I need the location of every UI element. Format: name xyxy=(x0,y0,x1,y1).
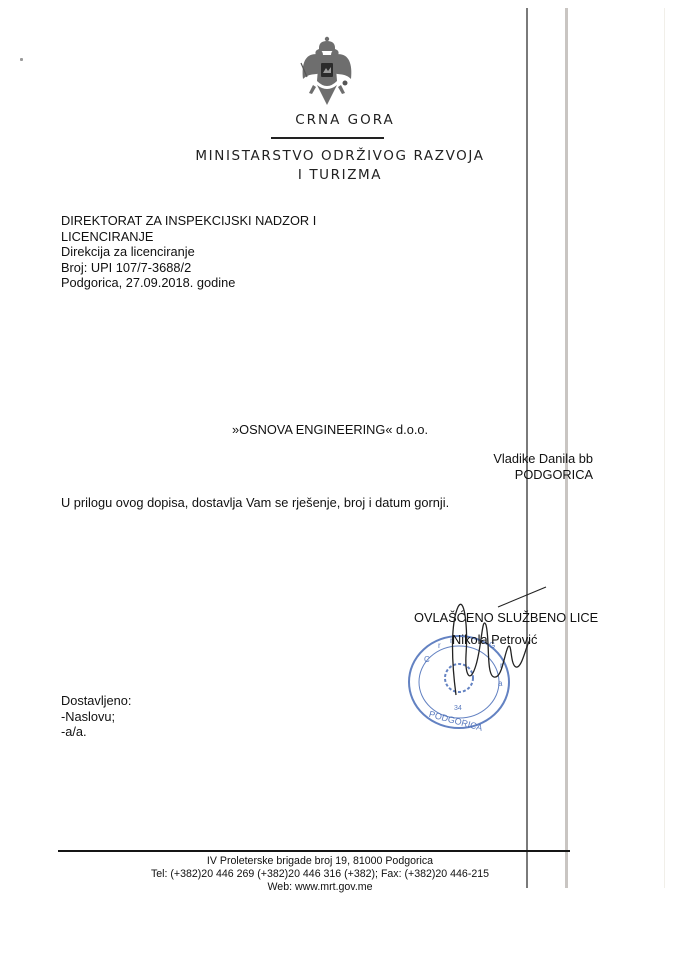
handwritten-signature-icon xyxy=(438,585,548,700)
recipient-address: Vladike Danila bb PODGORICA xyxy=(493,451,593,482)
ministry-line-1: MINISTARSTVO ODRŽIVOG RAZVOJA xyxy=(150,147,530,166)
ministry-name: MINISTARSTVO ODRŽIVOG RAZVOJA I TURIZMA xyxy=(150,147,530,185)
reference-number: Broj: UPI 107/7-3688/2 xyxy=(61,260,316,276)
svg-text:C: C xyxy=(424,655,430,664)
footer-address: IV Proleterske brigade broj 19, 81000 Po… xyxy=(80,855,560,868)
country-name: CRNA GORA xyxy=(180,112,510,128)
recipient-name: »OSNOVA ENGINEERING« d.o.o. xyxy=(232,422,428,437)
footer-divider xyxy=(58,850,570,852)
sender-department: Direkcija za licenciranje xyxy=(61,244,316,260)
footer-web: Web: www.mrt.gov.me xyxy=(80,881,560,894)
place-and-date: Podgorica, 27.09.2018. godine xyxy=(61,275,316,291)
recipient-street: Vladike Danila bb xyxy=(493,451,593,467)
sender-directorate: DIREKTORAT ZA INSPEKCIJSKI NADZOR I xyxy=(61,213,316,229)
recipient-city: PODGORICA xyxy=(493,467,593,483)
distribution-item: -a/a. xyxy=(61,724,131,740)
scan-line xyxy=(664,8,665,888)
ministry-line-2: I TURIZMA xyxy=(150,166,530,185)
letter-body: U prilogu ovog dopisa, dostavlja Vam se … xyxy=(61,495,449,510)
montenegro-coat-of-arms-icon xyxy=(295,33,359,107)
footer: IV Proleterske brigade broj 19, 81000 Po… xyxy=(80,855,560,894)
scan-line xyxy=(565,8,568,888)
scan-line xyxy=(526,8,528,888)
sender-directorate-cont: LICENCIRANJE xyxy=(61,229,316,245)
scan-speck xyxy=(20,58,23,61)
svg-text:34: 34 xyxy=(454,705,462,712)
sender-block: DIREKTORAT ZA INSPEKCIJSKI NADZOR I LICE… xyxy=(61,213,316,291)
distribution-item: -Naslovu; xyxy=(61,709,131,725)
distribution-list: Dostavljeno: -Naslovu; -a/a. xyxy=(61,693,131,740)
distribution-heading: Dostavljeno: xyxy=(61,693,131,709)
footer-contact: Tel: (+382)20 446 269 (+382)20 446 316 (… xyxy=(80,868,560,881)
letterhead-divider xyxy=(271,137,384,139)
